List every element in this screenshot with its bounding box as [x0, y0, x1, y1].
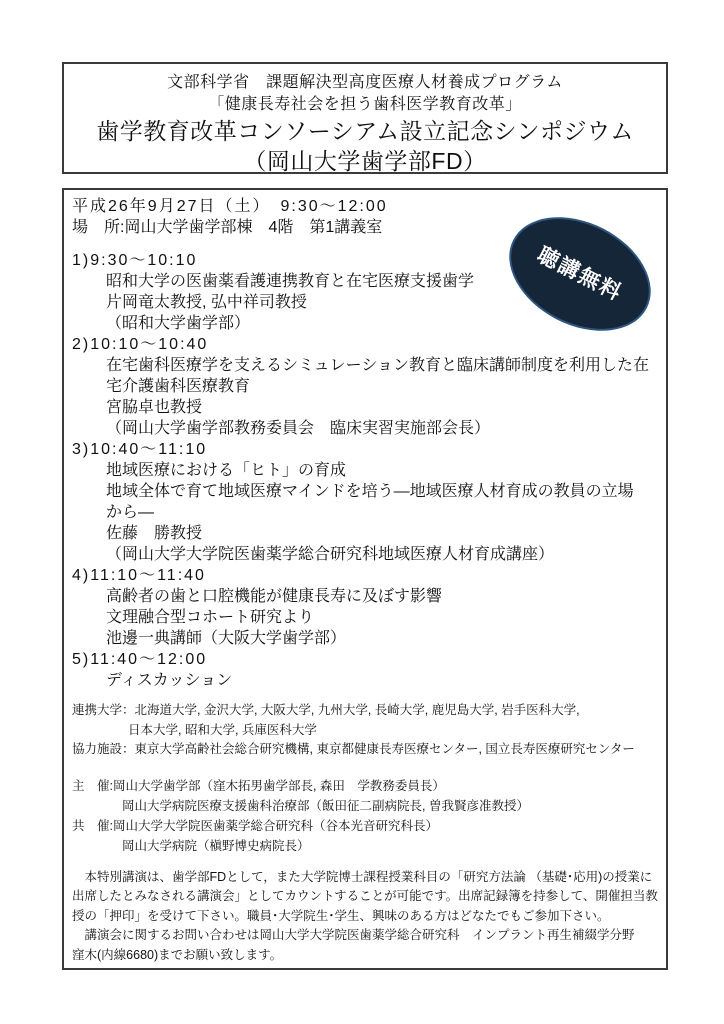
header-box: 文部科学省 課題解決型高度医療人材養成プログラム 「健康長寿社会を担う歯科医学教…	[62, 62, 668, 174]
session-4-speaker: 池邊一典講師（大阪大学歯学部）	[72, 628, 658, 649]
session-3-title-line2: 地域全体で育て地域医療マインドを培う―地域医療人材育成の教員の立場	[72, 481, 658, 502]
session-5-title: ディスカッション	[72, 670, 658, 691]
partners-block: 連携大学：北海道大学, 金沢大学, 大阪大学, 九州大学, 長崎大学, 鹿児島大…	[72, 701, 658, 760]
contact-note: 講演会に関するお問い合わせは岡山大学大学院医歯薬学総合研究科 インプラント再生補…	[72, 926, 658, 965]
fd-credit-note: 本特別講演は、歯学部FDとして，また大学院博士課程授業科目の「研究方法論 （基礎…	[72, 868, 658, 927]
session-2-speaker: 宮脇卓也教授	[72, 397, 658, 418]
program-name-line: 文部科学省 課題解決型高度医療人材養成プログラム	[64, 72, 666, 94]
free-admission-label: 聴講無料	[534, 244, 626, 304]
symposium-title: 歯学教育改革コンソーシアム設立記念シンポジウム	[64, 116, 666, 146]
session-2-affiliation: （岡山大学歯学部教務委員会 臨床実習実施部会長）	[72, 418, 658, 439]
session-4-time: 4)11:10～11:40	[72, 565, 658, 586]
session-2-title-line1: 在宅歯科医療学を支えるシミュレーション教育と臨床講師制度を利用した在	[72, 355, 658, 376]
host-line2: 岡山大学病院医療支援歯科治療部（飯田征二副病院長, 曽我賢彦准教授）	[72, 796, 658, 816]
session-3-title-line3: から―	[72, 502, 658, 523]
session-4-subtitle: 文理融合型コホート研究より	[72, 607, 658, 628]
flyer-page: { "page": { "background": "#ffffff", "bo…	[0, 0, 724, 1024]
affiliated-universities-line2: 日本大学, 昭和大学, 兵庫医科大学	[72, 721, 658, 741]
cooperating-institutions: 協力施設：東京大学高齢社会総合研究機構, 東京都健康長寿医療センター, 国立長寿…	[72, 740, 658, 760]
organizers-block: 主 催:岡山大学歯学部（窪木拓男歯学部長, 森田 学教務委員長） 岡山大学病院医…	[72, 776, 658, 856]
session-3-title-line1: 地域医療における「ヒト」の育成	[72, 460, 658, 481]
session-2-time: 2)10:10～10:40	[72, 334, 658, 355]
session-3-affiliation: （岡山大学大学院医歯薬学総合研究科地域医療人材育成講座）	[72, 544, 658, 565]
host-line1: 主 催:岡山大学歯学部（窪木拓男歯学部長, 森田 学教務委員長）	[72, 776, 658, 796]
program-box: 聴講無料 平成26年9月27日（土） 9:30～12:00 場 所:岡山大学歯学…	[62, 188, 668, 970]
affiliated-universities-line1: 連携大学：北海道大学, 金沢大学, 大阪大学, 九州大学, 長崎大学, 鹿児島大…	[72, 701, 658, 721]
symposium-subtitle: （岡山大学歯学部FD）	[64, 146, 666, 176]
session-2-title-line2: 宅介護歯科医療教育	[72, 376, 658, 397]
event-datetime: 平成26年9月27日（土） 9:30～12:00	[72, 196, 658, 217]
notes-block: 本特別講演は、歯学部FDとして，また大学院博士課程授業科目の「研究方法論 （基礎…	[72, 868, 658, 966]
session-3-speaker: 佐藤 勝教授	[72, 523, 658, 544]
cohost-line1: 共 催:岡山大学大学院医歯薬学総合研究科（谷本光音研究科長）	[72, 816, 658, 836]
session-5-time: 5)11:40～12:00	[72, 649, 658, 670]
program-subtitle-line: 「健康長寿社会を担う歯科医学教育改革」	[64, 94, 666, 116]
session-3-time: 3)10:40～11:10	[72, 439, 658, 460]
cohost-line2: 岡山大学病院（槇野博史病院長）	[72, 836, 658, 856]
session-4-title: 高齢者の歯と口腔機能が健康長寿に及ぼす影響	[72, 586, 658, 607]
